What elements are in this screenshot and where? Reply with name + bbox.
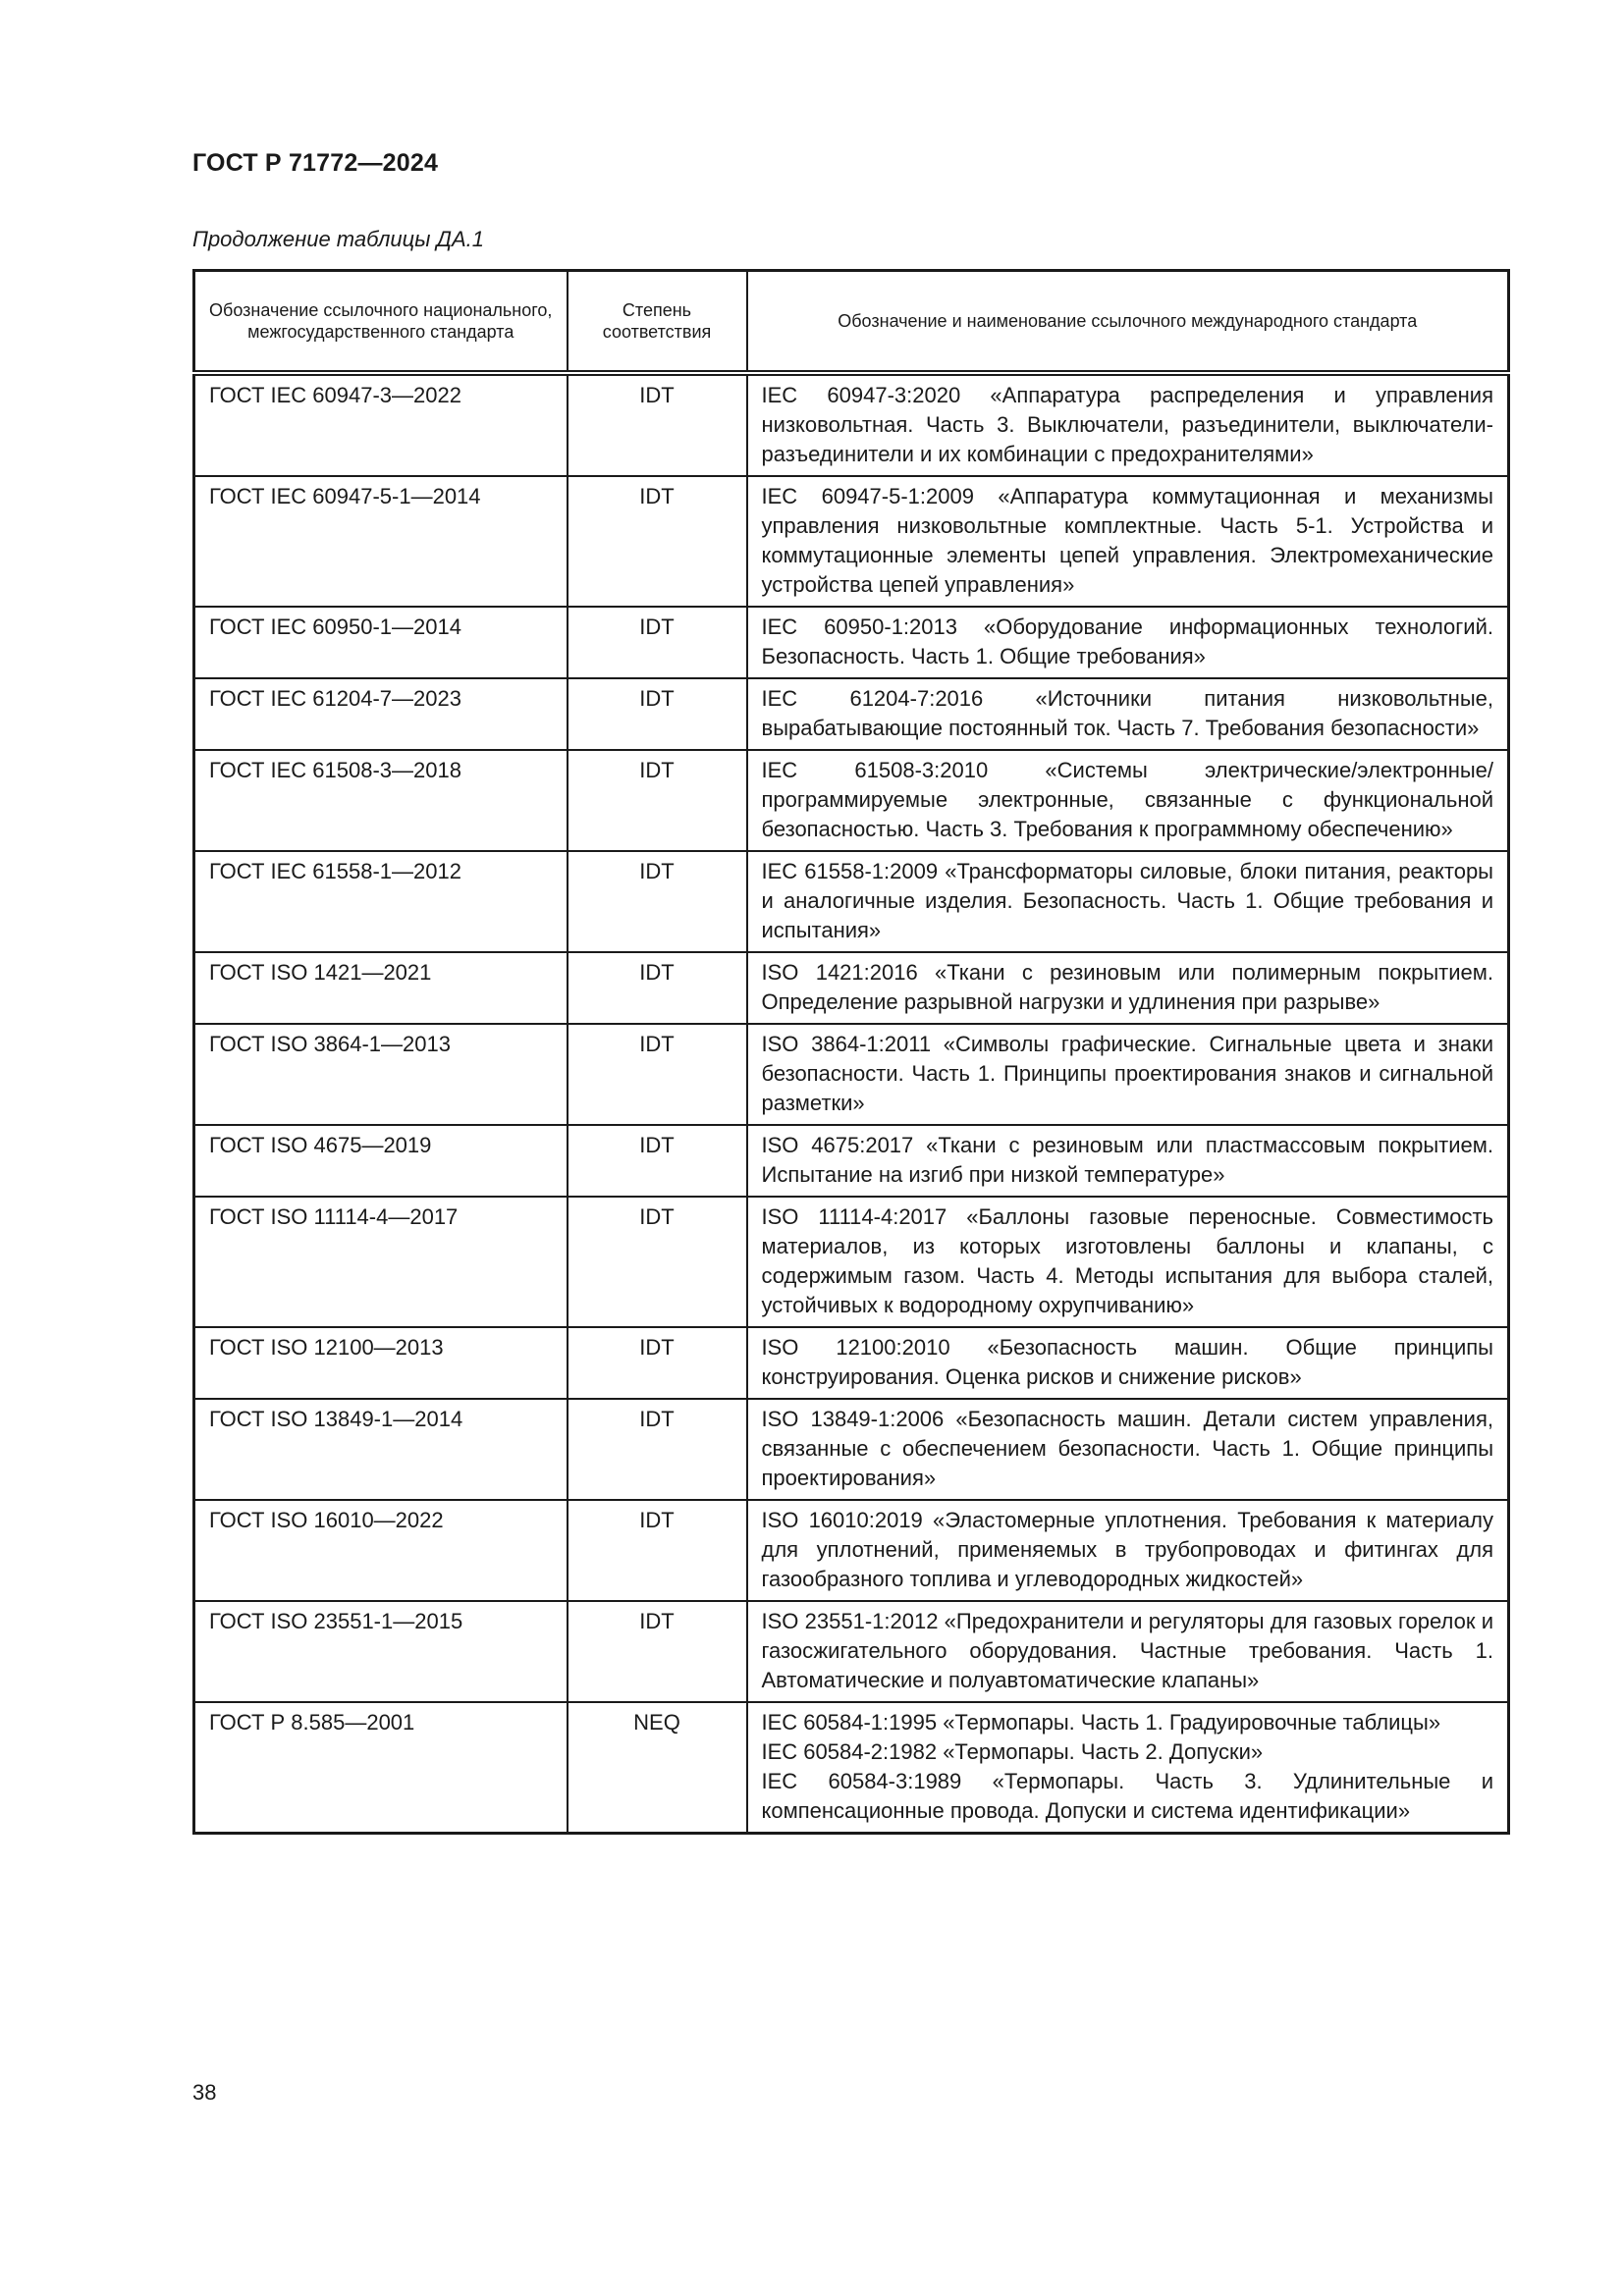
- degree-cell: IDT: [568, 1601, 747, 1702]
- international-standard-cell: IEC 61558-1:2009 «Трансформаторы силовые…: [747, 851, 1509, 952]
- national-standard-cell: ГОСТ ISO 23551-1—2015: [194, 1601, 568, 1702]
- table-row: ГОСТ ISO 11114-4—2017IDTISO 11114-4:2017…: [194, 1197, 1509, 1327]
- international-standard-entry: ISO 12100:2010 «Безопасность машин. Общи…: [762, 1333, 1494, 1392]
- degree-cell: IDT: [568, 1024, 747, 1125]
- international-standard-cell: ISO 4675:2017 «Ткани с резиновым или пла…: [747, 1125, 1509, 1197]
- degree-cell: IDT: [568, 1125, 747, 1197]
- international-standard-entry: IEC 60584-1:1995 «Термопары. Часть 1. Гр…: [762, 1708, 1494, 1737]
- table-row: ГОСТ IEC 60950-1—2014IDTIEC 60950-1:2013…: [194, 607, 1509, 678]
- table-row: ГОСТ IEC 61204-7—2023IDTIEC 61204-7:2016…: [194, 678, 1509, 750]
- degree-cell: IDT: [568, 851, 747, 952]
- header-international-standard: Обозначение и наименование ссылочного ме…: [747, 271, 1509, 374]
- national-standard-cell: ГОСТ IEC 61558-1—2012: [194, 851, 568, 952]
- international-standard-cell: IEC 60950-1:2013 «Оборудование информаци…: [747, 607, 1509, 678]
- international-standard-cell: IEC 60947-5-1:2009 «Аппаратура коммутаци…: [747, 476, 1509, 607]
- header-national-standard: Обозначение ссылочного национального, ме…: [194, 271, 568, 374]
- degree-cell: IDT: [568, 1327, 747, 1399]
- header-degree: Степень соответствия: [568, 271, 747, 374]
- international-standard-entry: ISO 1421:2016 «Ткани с резиновым или пол…: [762, 958, 1494, 1017]
- table-row: ГОСТ IEC 60947-3—2022IDTIEC 60947-3:2020…: [194, 373, 1509, 476]
- national-standard-cell: ГОСТ ISO 11114-4—2017: [194, 1197, 568, 1327]
- table-row: ГОСТ ISO 23551-1—2015IDTISO 23551-1:2012…: [194, 1601, 1509, 1702]
- reference-standards-table: Обозначение ссылочного национального, ме…: [192, 269, 1510, 1835]
- degree-cell: IDT: [568, 952, 747, 1024]
- international-standard-entry: IEC 61558-1:2009 «Трансформаторы силовые…: [762, 857, 1494, 945]
- table-row: ГОСТ ISO 13849-1—2014IDTISO 13849-1:2006…: [194, 1399, 1509, 1500]
- degree-cell: IDT: [568, 1399, 747, 1500]
- national-standard-cell: ГОСТ IEC 60947-5-1—2014: [194, 476, 568, 607]
- international-standard-cell: ISO 1421:2016 «Ткани с резиновым или пол…: [747, 952, 1509, 1024]
- international-standard-entry: IEC 60950-1:2013 «Оборудование информаци…: [762, 613, 1494, 671]
- table-row: ГОСТ ISO 1421—2021IDTISO 1421:2016 «Ткан…: [194, 952, 1509, 1024]
- international-standard-entry: ISO 4675:2017 «Ткани с резиновым или пла…: [762, 1131, 1494, 1190]
- international-standard-entry: ISO 11114-4:2017 «Баллоны газовые перено…: [762, 1202, 1494, 1320]
- table-caption: Продолжение таблицы ДА.1: [192, 227, 484, 252]
- international-standard-cell: ISO 13849-1:2006 «Безопасность машин. Де…: [747, 1399, 1509, 1500]
- international-standard-entry: IEC 60947-3:2020 «Аппаратура распределен…: [762, 381, 1494, 469]
- table-body: ГОСТ IEC 60947-3—2022IDTIEC 60947-3:2020…: [194, 373, 1509, 1834]
- national-standard-cell: ГОСТ IEC 61204-7—2023: [194, 678, 568, 750]
- international-standard-cell: ISO 16010:2019 «Эластомерные уплотнения.…: [747, 1500, 1509, 1601]
- degree-cell: IDT: [568, 607, 747, 678]
- international-standard-entry: IEC 61508-3:2010 «Системы электрические/…: [762, 756, 1494, 844]
- table-row: ГОСТ IEC 61558-1—2012IDTIEC 61558-1:2009…: [194, 851, 1509, 952]
- national-standard-cell: ГОСТ ISO 16010—2022: [194, 1500, 568, 1601]
- degree-cell: IDT: [568, 1500, 747, 1601]
- document-code: ГОСТ Р 71772—2024: [192, 149, 438, 178]
- table-header-row: Обозначение ссылочного национального, ме…: [194, 271, 1509, 374]
- international-standard-cell: IEC 61204-7:2016 «Источники питания низк…: [747, 678, 1509, 750]
- national-standard-cell: ГОСТ ISO 12100—2013: [194, 1327, 568, 1399]
- table-row: ГОСТ ISO 12100—2013IDTISO 12100:2010 «Бе…: [194, 1327, 1509, 1399]
- national-standard-cell: ГОСТ ISO 13849-1—2014: [194, 1399, 568, 1500]
- degree-cell: IDT: [568, 476, 747, 607]
- international-standard-entry: ISO 23551-1:2012 «Предохранители и регул…: [762, 1607, 1494, 1695]
- international-standard-cell: IEC 61508-3:2010 «Системы электрические/…: [747, 750, 1509, 851]
- table-row: ГОСТ IEC 60947-5-1—2014IDTIEC 60947-5-1:…: [194, 476, 1509, 607]
- national-standard-cell: ГОСТ ISO 1421—2021: [194, 952, 568, 1024]
- international-standard-cell: IEC 60947-3:2020 «Аппаратура распределен…: [747, 373, 1509, 476]
- national-standard-cell: ГОСТ IEC 60950-1—2014: [194, 607, 568, 678]
- table-row: ГОСТ Р 8.585—2001NEQIEC 60584-1:1995 «Те…: [194, 1702, 1509, 1834]
- degree-cell: IDT: [568, 1197, 747, 1327]
- table-row: ГОСТ ISO 3864-1—2013IDTISO 3864-1:2011 «…: [194, 1024, 1509, 1125]
- degree-cell: IDT: [568, 373, 747, 476]
- table-row: ГОСТ ISO 4675—2019IDTISO 4675:2017 «Ткан…: [194, 1125, 1509, 1197]
- degree-cell: IDT: [568, 750, 747, 851]
- national-standard-cell: ГОСТ IEC 60947-3—2022: [194, 373, 568, 476]
- international-standard-entry: ISO 16010:2019 «Эластомерные уплотнения.…: [762, 1506, 1494, 1594]
- national-standard-cell: ГОСТ IEC 61508-3—2018: [194, 750, 568, 851]
- national-standard-cell: ГОСТ Р 8.585—2001: [194, 1702, 568, 1834]
- international-standard-entry: IEC 61204-7:2016 «Источники питания низк…: [762, 684, 1494, 743]
- international-standard-entry: ISO 3864-1:2011 «Символы графические. Си…: [762, 1030, 1494, 1118]
- international-standard-cell: IEC 60584-1:1995 «Термопары. Часть 1. Гр…: [747, 1702, 1509, 1834]
- table-row: ГОСТ IEC 61508-3—2018IDTIEC 61508-3:2010…: [194, 750, 1509, 851]
- international-standard-cell: ISO 12100:2010 «Безопасность машин. Общи…: [747, 1327, 1509, 1399]
- international-standard-entry: IEC 60584-3:1989 «Термопары. Часть 3. Уд…: [762, 1767, 1494, 1826]
- international-standard-entry: IEC 60947-5-1:2009 «Аппаратура коммутаци…: [762, 482, 1494, 600]
- page-number: 38: [192, 2080, 216, 2106]
- national-standard-cell: ГОСТ ISO 4675—2019: [194, 1125, 568, 1197]
- international-standard-cell: ISO 23551-1:2012 «Предохранители и регул…: [747, 1601, 1509, 1702]
- international-standard-cell: ISO 11114-4:2017 «Баллоны газовые перено…: [747, 1197, 1509, 1327]
- international-standard-entry: ISO 13849-1:2006 «Безопасность машин. Де…: [762, 1405, 1494, 1493]
- international-standard-cell: ISO 3864-1:2011 «Символы графические. Си…: [747, 1024, 1509, 1125]
- national-standard-cell: ГОСТ ISO 3864-1—2013: [194, 1024, 568, 1125]
- degree-cell: IDT: [568, 678, 747, 750]
- international-standard-entry: IEC 60584-2:1982 «Термопары. Часть 2. До…: [762, 1737, 1494, 1767]
- degree-cell: NEQ: [568, 1702, 747, 1834]
- table-row: ГОСТ ISO 16010—2022IDTISO 16010:2019 «Эл…: [194, 1500, 1509, 1601]
